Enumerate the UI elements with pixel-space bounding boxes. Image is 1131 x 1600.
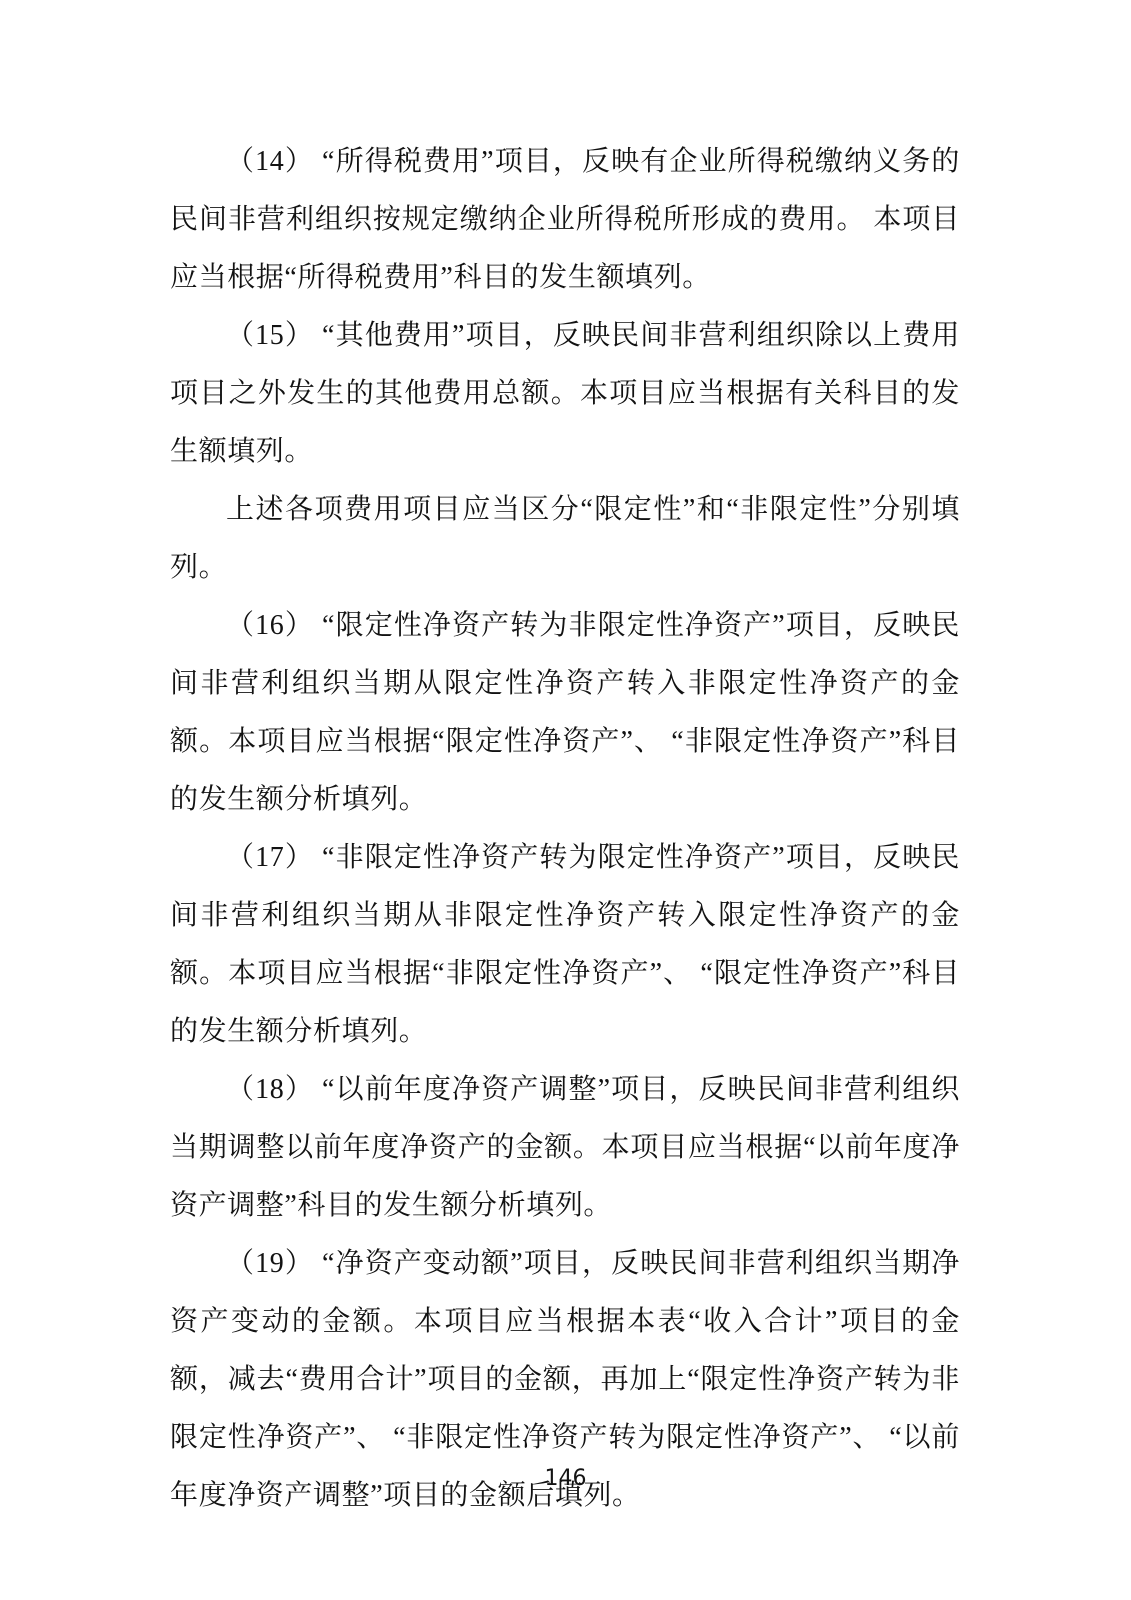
paragraph-note-restricted-unrestricted: 上述各项费用项目应当区分“限定性”和“非限定性”分别填列。 [170, 481, 960, 597]
page-footer: 146 [0, 1466, 1131, 1491]
paragraph-item-17: （17） “非限定性净资产转为限定性净资产”项目，反映民间非营利组织当期从非限定… [170, 829, 960, 1061]
document-page: （14） “所得税费用”项目，反映有企业所得税缴纳义务的民间非营利组织按规定缴纳… [0, 0, 1131, 1600]
page-number: 146 [545, 1466, 587, 1491]
document-body: （14） “所得税费用”项目，反映有企业所得税缴纳义务的民间非营利组织按规定缴纳… [170, 133, 960, 1525]
paragraph-item-14: （14） “所得税费用”项目，反映有企业所得税缴纳义务的民间非营利组织按规定缴纳… [170, 133, 960, 307]
paragraph-item-16: （16） “限定性净资产转为非限定性净资产”项目，反映民间非营利组织当期从限定性… [170, 597, 960, 829]
paragraph-item-18: （18） “以前年度净资产调整”项目，反映民间非营利组织当期调整以前年度净资产的… [170, 1061, 960, 1235]
paragraph-item-15: （15） “其他费用”项目，反映民间非营利组织除以上费用项目之外发生的其他费用总… [170, 307, 960, 481]
